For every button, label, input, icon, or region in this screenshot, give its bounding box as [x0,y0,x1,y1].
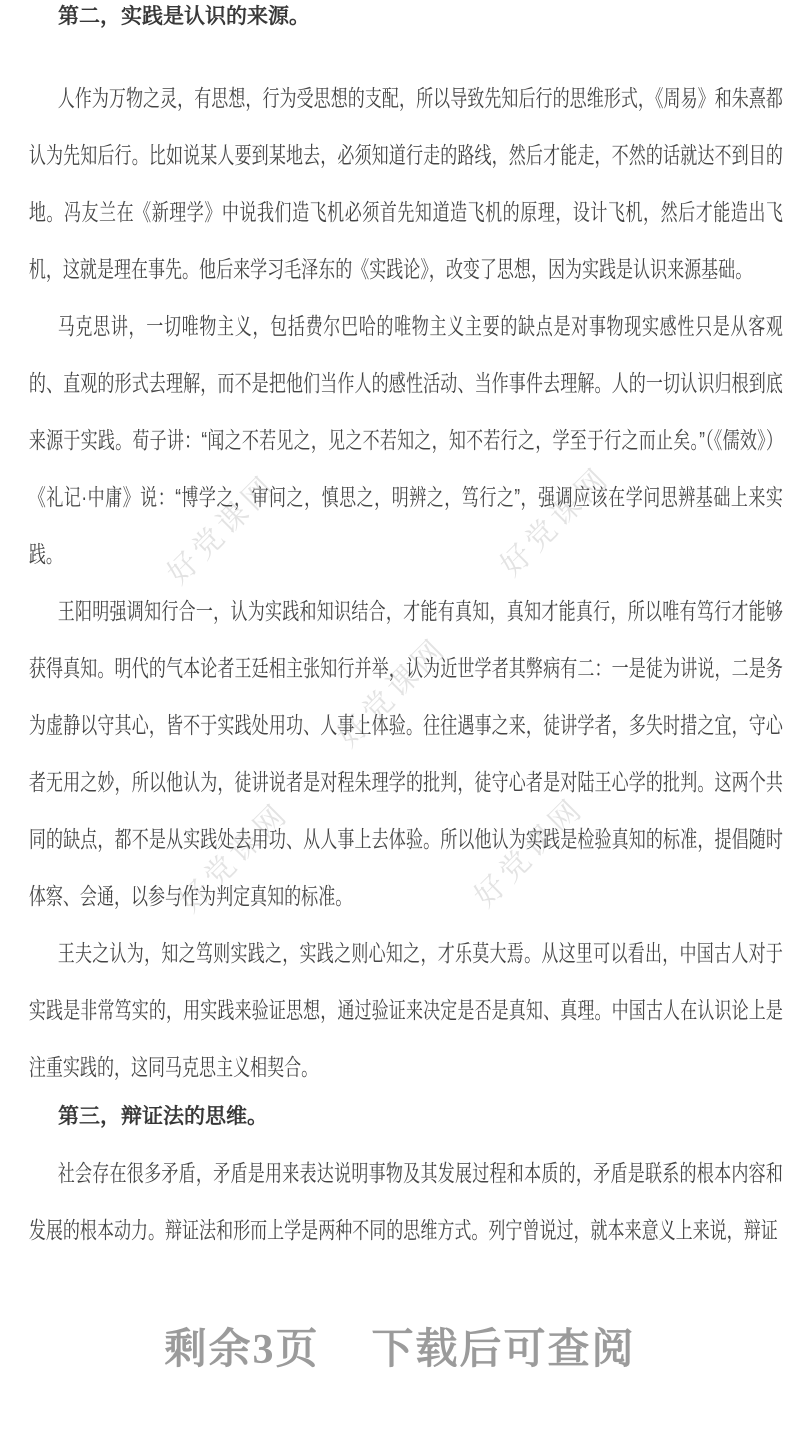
remaining-pages-label: 剩余3页 [164,1327,319,1373]
download-hint-label: 下载后可查阅 [372,1327,636,1373]
paragraph: 王阳明强调知行合一，认为实践和知识结合，才能有真知，真知才能真行，所以唯有笃行才… [0,583,783,925]
paragraph: 马克思讲，一切唯物主义，包括费尔巴哈的唯物主义主要的缺点是对事物现实感性只是从客… [0,298,783,583]
paragraph: 人作为万物之灵，有思想，行为受思想的支配，所以导致先知后行的思维形式，《周易》和… [0,70,783,298]
section-heading-3: 第三，辩证法的思维。 [58,1088,800,1145]
document-page: 好党课网 好党课网 好党课网 好党课网 好党课网 第二，实践是认识的来源。 人作… [0,0,800,1432]
paragraph: 社会存在很多矛盾，矛盾是用来表达说明事物及其发展过程和本质的，矛盾是联系的根本内… [0,1145,783,1259]
paragraph: 王夫之认为，知之笃则实践之，实践之则心知之，才乐莫大焉。从这里可以看出，中国古人… [0,925,783,1096]
pagination-notice: 剩余3页下载后可查阅 [0,1322,800,1378]
document-body: 第二，实践是认识的来源。 人作为万物之灵，有思想，行为受思想的支配，所以导致先知… [0,0,800,1259]
section-heading-2: 第二，实践是认识的来源。 [58,0,800,30]
